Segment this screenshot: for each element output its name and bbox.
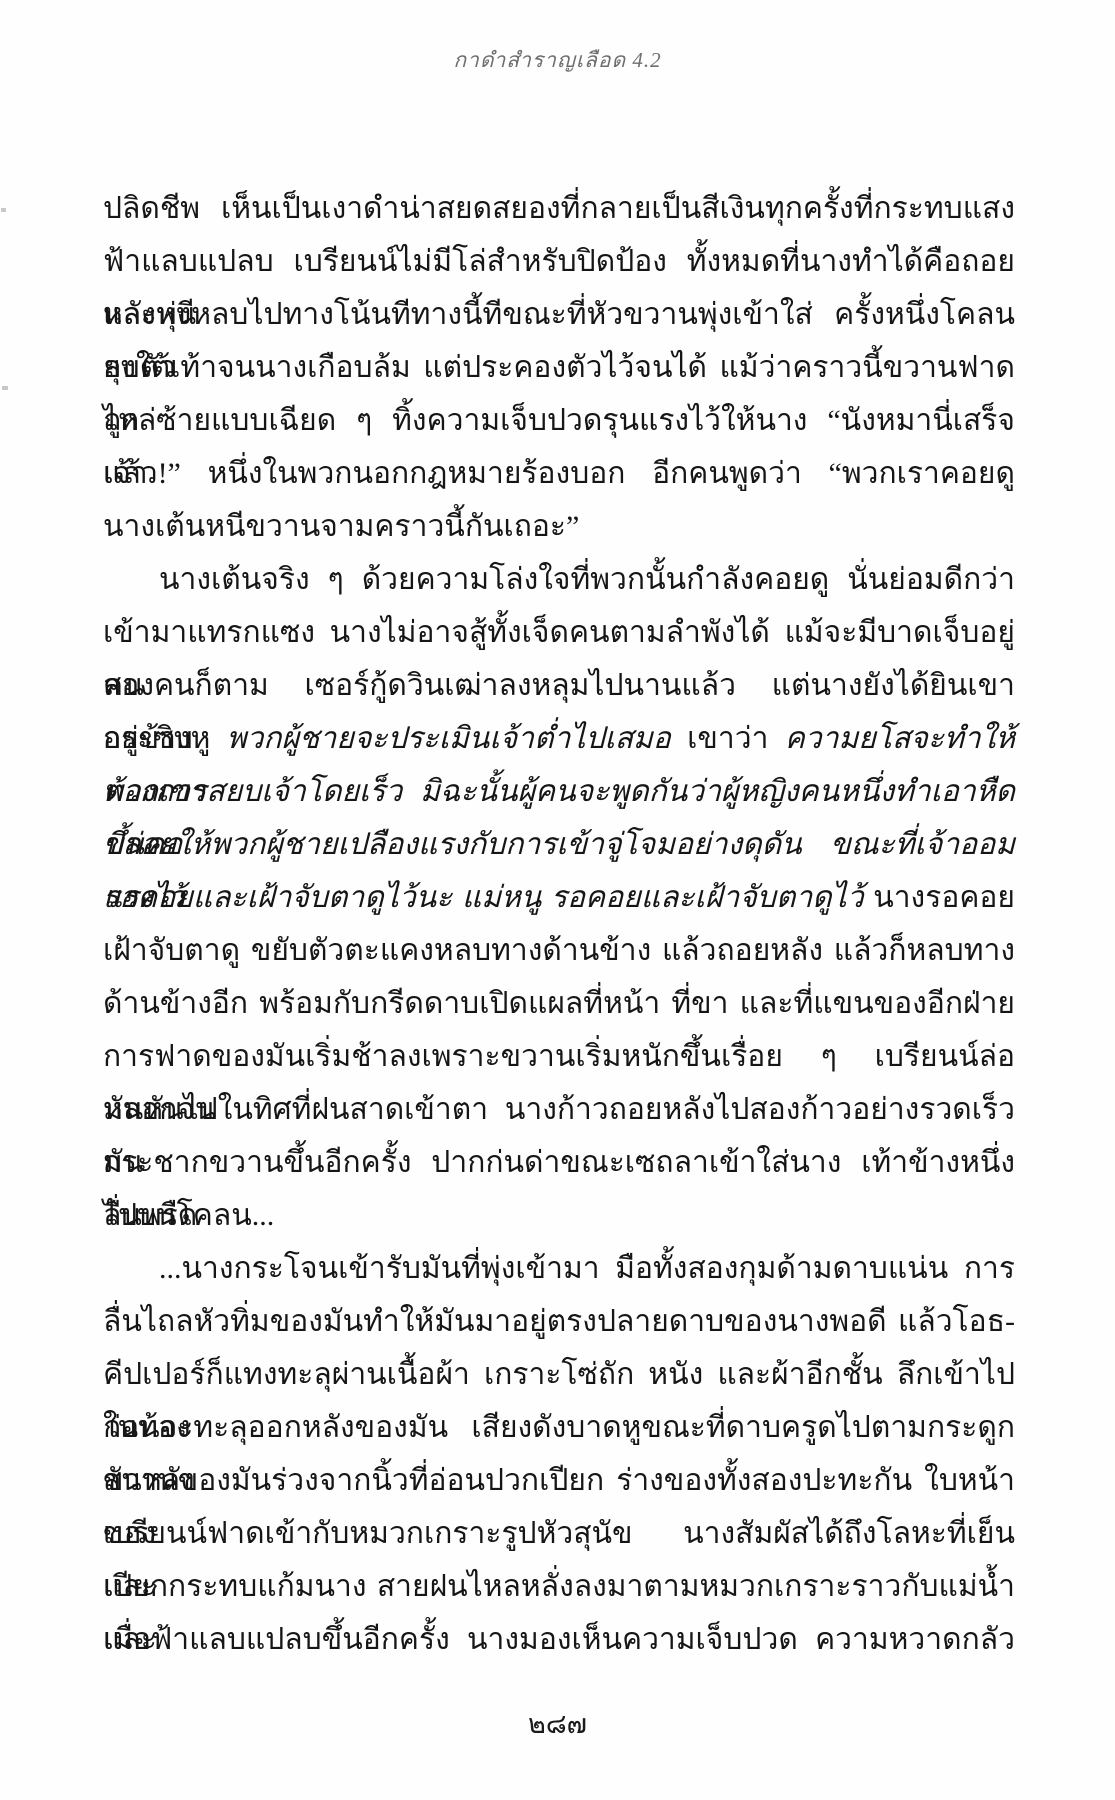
text-line: ต้องการสยบเจ้าโดยเร็ว มิฉะนั้นผู้คนจะพูด… bbox=[103, 765, 1015, 818]
text-line: ปล่อยให้พวกผู้ชายเปลืองแรงกับการเข้าจู่โ… bbox=[103, 818, 1015, 871]
text-line: ไหล่ซ้ายแบบเฉียด ๆ ทิ้งความเจ็บปวดรุนแรง… bbox=[103, 394, 1015, 447]
text-line: เมื่อฟ้าแลบแปลบขึ้นอีกครั้ง นางมองเห็นคว… bbox=[103, 1613, 1015, 1666]
scan-artifact bbox=[1, 208, 6, 212]
text-line: เบรียนน์ฟาดเข้ากับหมวกเกราะรูปหัวสุนัข น… bbox=[103, 1507, 1015, 1560]
text-line: นางเต้นจริง ๆ ด้วยความโล่งใจที่พวกนั้นกำ… bbox=[103, 553, 1015, 606]
text-line: ...นางกระโจนเข้ารับมันที่พุ่งเข้ามา มือท… bbox=[103, 1242, 1015, 1295]
text-line: ไปบนโคลน... bbox=[103, 1189, 1015, 1242]
text-line: ขวานของมันร่วงจากนิ้วที่อ่อนปวกเปียก ร่า… bbox=[103, 1454, 1015, 1507]
text-segment: นางเต้นหนีขวานจามคราวนี้กันเถอะ” bbox=[103, 510, 579, 543]
text-line: แล้ว!” หนึ่งในพวกนอกกฎหมายร้องบอก อีกคนพ… bbox=[103, 447, 1015, 500]
text-line: กระชากขวานขึ้นอีกครั้ง ปากก่นด่าขณะเซถลา… bbox=[103, 1136, 1015, 1189]
text-line: การฟาดของมันเริ่มช้าลงเพราะขวานเริ่มหนัก… bbox=[103, 1030, 1015, 1083]
text-line: ด้านข้างอีก พร้อมกับกรีดดาบเปิดแผลที่หน้… bbox=[103, 977, 1015, 1030]
paragraph: นางเต้นจริง ๆ ด้วยความโล่งใจที่พวกนั้นกำ… bbox=[103, 553, 1015, 1242]
text-line: สองคนก็ตาม เซอร์กู้ดวินเฒ่าลงหลุมไปนานแล… bbox=[103, 659, 1015, 712]
italic-text-segment: พวกผู้ชายจะประเมินเจ้าต่ำไปเสมอ bbox=[227, 722, 671, 755]
book-page: กาดำสำราญเลือด 4.2 ปลิดชีพ เห็นเป็นเงาดำ… bbox=[0, 0, 1115, 1800]
text-segment: เขาว่า bbox=[671, 722, 785, 755]
text-line: ลงใต้เท้าจนนางเกือบล้ม แต่ประคองตัวไว้จน… bbox=[103, 341, 1015, 394]
italic-text-segment: รอคอยและเฝ้าจับตาดูไว้นะ แม่หนู รอคอยและ… bbox=[103, 881, 864, 914]
text-line: ลื่นไถลหัวทิ่มของมันทำให้มันมาอยู่ตรงปลา… bbox=[103, 1295, 1015, 1348]
text-line: คีปเปอร์ก็แทงทะลุผ่านเนื้อผ้า เกราะโซ่ถั… bbox=[103, 1348, 1015, 1401]
text-line: รอคอยและเฝ้าจับตาดูไว้นะ แม่หนู รอคอยและ… bbox=[103, 871, 1015, 924]
text-line: ปลิดชีพ เห็นเป็นเงาดำน่าสยดสยองที่กลายเป… bbox=[103, 182, 1015, 235]
text-line: ก่อนจะทะลุออกหลังของมัน เสียงดังบาดหูขณะ… bbox=[103, 1401, 1015, 1454]
text-segment: เฝ้าจับตาดู ขยับตัวตะแคงหลบทางด้านข้าง แ… bbox=[103, 934, 1015, 967]
page-number: ๒๘๗ bbox=[0, 1702, 1115, 1745]
text-segment: นางรอคอย bbox=[864, 881, 1015, 914]
text-segment: ลื่นไถลหัวทิ่มของมันทำให้มันมาอยู่ตรงปลา… bbox=[103, 1305, 1015, 1338]
text-segment: ไปบนโคลน... bbox=[103, 1199, 274, 1232]
text-line: เปียกกระทบแก้มนาง สายฝนไหลหลั่งลงมาตามหม… bbox=[103, 1560, 1015, 1613]
scan-artifact bbox=[2, 386, 8, 390]
text-line: อยู่ข้างหู พวกผู้ชายจะประเมินเจ้าต่ำไปเส… bbox=[103, 712, 1015, 765]
text-line: เข้ามาแทรกแซง นางไม่อาจสู้ทั้งเจ็ดคนตามล… bbox=[103, 606, 1015, 659]
text-segment: นางเต้นจริง ๆ ด้วยความโล่งใจที่พวกนั้นกำ… bbox=[159, 563, 1015, 596]
text-line: ฟ้าแลบแปลบ เบรียนน์ไม่มีโล่สำหรับปิดป้อง… bbox=[103, 235, 1015, 288]
text-segment: ด้านข้างอีก พร้อมกับกรีดดาบเปิดแผลที่หน้… bbox=[103, 987, 1015, 1020]
text-line: และพุ่งหลบไปทางโน้นทีทางนี้ทีขณะที่หัวขว… bbox=[103, 288, 1015, 341]
text-line: มันหันไปในทิศที่ฝนสาดเข้าตา นางก้าวถอยหล… bbox=[103, 1083, 1015, 1136]
text-line: เฝ้าจับตาดู ขยับตัวตะแคงหลบทางด้านข้าง แ… bbox=[103, 924, 1015, 977]
paragraph: ปลิดชีพ เห็นเป็นเงาดำน่าสยดสยองที่กลายเป… bbox=[103, 182, 1015, 553]
text-segment: แล้ว!” หนึ่งในพวกนอกกฎหมายร้องบอก อีกคนพ… bbox=[103, 457, 1015, 490]
text-segment: เมื่อฟ้าแลบแปลบขึ้นอีกครั้ง นางมองเห็นคว… bbox=[103, 1623, 1015, 1656]
text-segment: ...นางกระโจนเข้ารับมันที่พุ่งเข้ามา มือท… bbox=[159, 1252, 1015, 1285]
text-segment: ปลิดชีพ เห็นเป็นเงาดำน่าสยดสยองที่กลายเป… bbox=[103, 192, 1015, 225]
body-text: ปลิดชีพ เห็นเป็นเงาดำน่าสยดสยองที่กลายเป… bbox=[103, 182, 1015, 1666]
text-segment: อยู่ข้างหู bbox=[103, 722, 227, 755]
paragraph: ...นางกระโจนเข้ารับมันที่พุ่งเข้ามา มือท… bbox=[103, 1242, 1015, 1666]
text-line: นางเต้นหนีขวานจามคราวนี้กันเถอะ” bbox=[103, 500, 1015, 553]
running-header: กาดำสำราญเลือด 4.2 bbox=[0, 44, 1115, 77]
